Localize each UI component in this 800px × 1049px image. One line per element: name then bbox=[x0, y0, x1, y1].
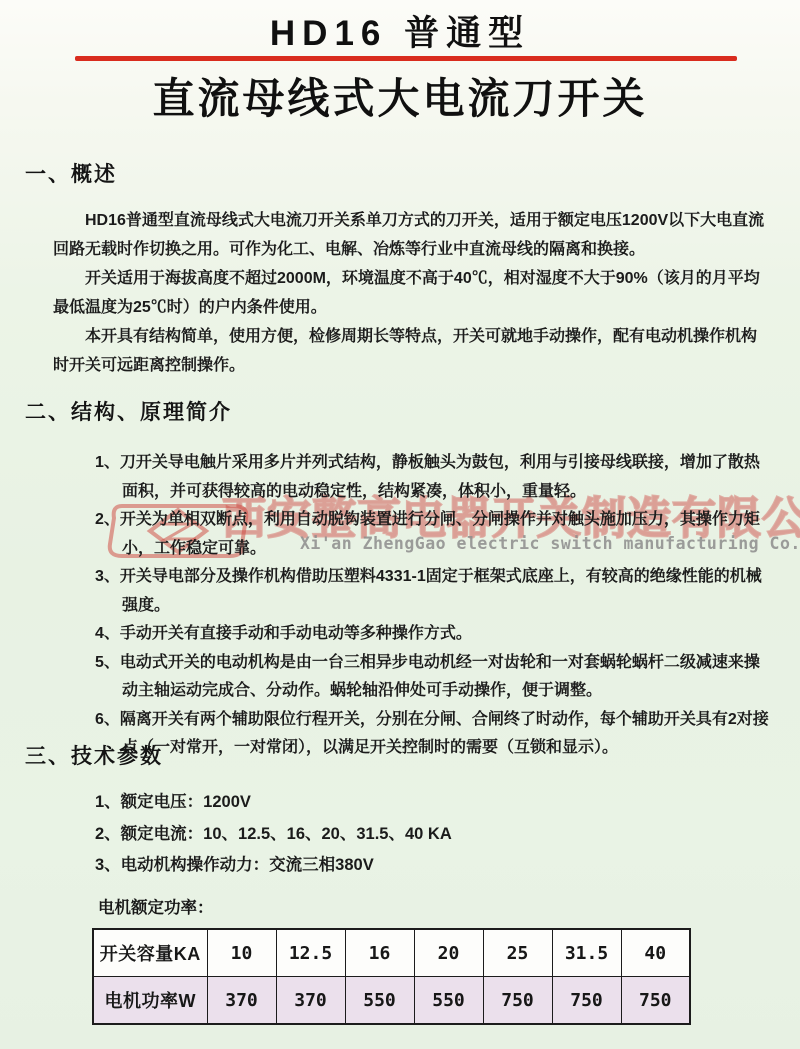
power-cell: 370 bbox=[207, 977, 276, 1025]
capacity-cell: 12.5 bbox=[276, 929, 345, 977]
structure-item: 3、开关导电部分及操作机构借助压塑料4331-1固定于框架式底座上，有较高的绝缘… bbox=[95, 563, 773, 620]
structure-item: 2、开关为单相双断点，利用自动脱钩装置进行分闸、分闸操作并对触头施加压力，其操作… bbox=[95, 506, 773, 563]
parameter-item: 2、额定电流：10、12.5、16、20、31.5、40 KA bbox=[95, 819, 755, 851]
power-cell: 550 bbox=[345, 977, 414, 1025]
parameter-item: 3、电动机构操作动力：交流三相380V bbox=[95, 850, 755, 882]
structure-item: 4、手动开关有直接手动和手动电动等多种操作方式。 bbox=[95, 620, 773, 649]
row-header-motor-power: 电机功率W bbox=[93, 977, 207, 1025]
page-subtitle: 直流母线式大电流刀开关 bbox=[0, 66, 800, 126]
section-heading-structure: 二、结构、原理简介 bbox=[25, 396, 232, 426]
structure-item: 1、刀开关导电触片采用多片并列式结构，静板触头为鼓包，利用与引接母线联接，增加了… bbox=[95, 449, 773, 506]
capacity-cell: 10 bbox=[207, 929, 276, 977]
parameter-item: 1、额定电压：1200V bbox=[95, 787, 755, 819]
capacity-cell: 16 bbox=[345, 929, 414, 977]
section-heading-parameters: 三、技术参数 bbox=[25, 740, 163, 770]
power-cell: 550 bbox=[414, 977, 483, 1025]
power-cell: 370 bbox=[276, 977, 345, 1025]
overview-paragraph: HD16普通型直流母线式大电流刀开关系单刀方式的刀开关，适用于额定电压1200V… bbox=[53, 206, 770, 264]
capacity-cell: 40 bbox=[621, 929, 690, 977]
parameters-item-list: 1、额定电压：1200V 2、额定电流：10、12.5、16、20、31.5、4… bbox=[95, 787, 755, 882]
structure-item-list: 1、刀开关导电触片采用多片并列式结构，静板触头为鼓包，利用与引接母线联接，增加了… bbox=[95, 449, 773, 763]
row-header-switch-capacity: 开关容量KA bbox=[93, 929, 207, 977]
power-cell: 750 bbox=[483, 977, 552, 1025]
capacity-cell: 25 bbox=[483, 929, 552, 977]
capacity-cell: 20 bbox=[414, 929, 483, 977]
structure-item: 6、隔离开关有两个辅助限位行程开关，分别在分闸、合闸终了时动作，每个辅助开关具有… bbox=[95, 706, 773, 763]
motor-power-table: 开关容量KA 10 12.5 16 20 25 31.5 40 电机功率W 37… bbox=[92, 928, 691, 1025]
table-row-motor-power: 电机功率W 370 370 550 550 750 750 750 bbox=[93, 977, 690, 1025]
page-title: HD16 普通型 bbox=[0, 6, 800, 56]
overview-paragraph: 本开具有结构简单，使用方便，检修周期长等特点，开关可就地手动操作，配有电动机操作… bbox=[53, 322, 770, 380]
capacity-cell: 31.5 bbox=[552, 929, 621, 977]
overview-paragraphs: HD16普通型直流母线式大电流刀开关系单刀方式的刀开关，适用于额定电压1200V… bbox=[53, 206, 770, 380]
power-cell: 750 bbox=[621, 977, 690, 1025]
motor-power-table-label: 电机额定功率： bbox=[98, 894, 214, 918]
document-page: HD16 普通型 直流母线式大电流刀开关 一、概述 HD16普通型直流母线式大电… bbox=[0, 0, 800, 1049]
power-cell: 750 bbox=[552, 977, 621, 1025]
overview-paragraph: 开关适用于海拔高度不超过2000M，环境温度不高于40℃，相对湿度不大于90%（… bbox=[53, 264, 770, 322]
section-heading-overview: 一、概述 bbox=[25, 158, 117, 188]
title-divider-rule bbox=[75, 56, 737, 61]
structure-item: 5、电动式开关的电动机构是由一台三相异步电动机经一对齿轮和一对套蜗轮蜗杆二级减速… bbox=[95, 649, 773, 706]
table-row-switch-capacity: 开关容量KA 10 12.5 16 20 25 31.5 40 bbox=[93, 929, 690, 977]
